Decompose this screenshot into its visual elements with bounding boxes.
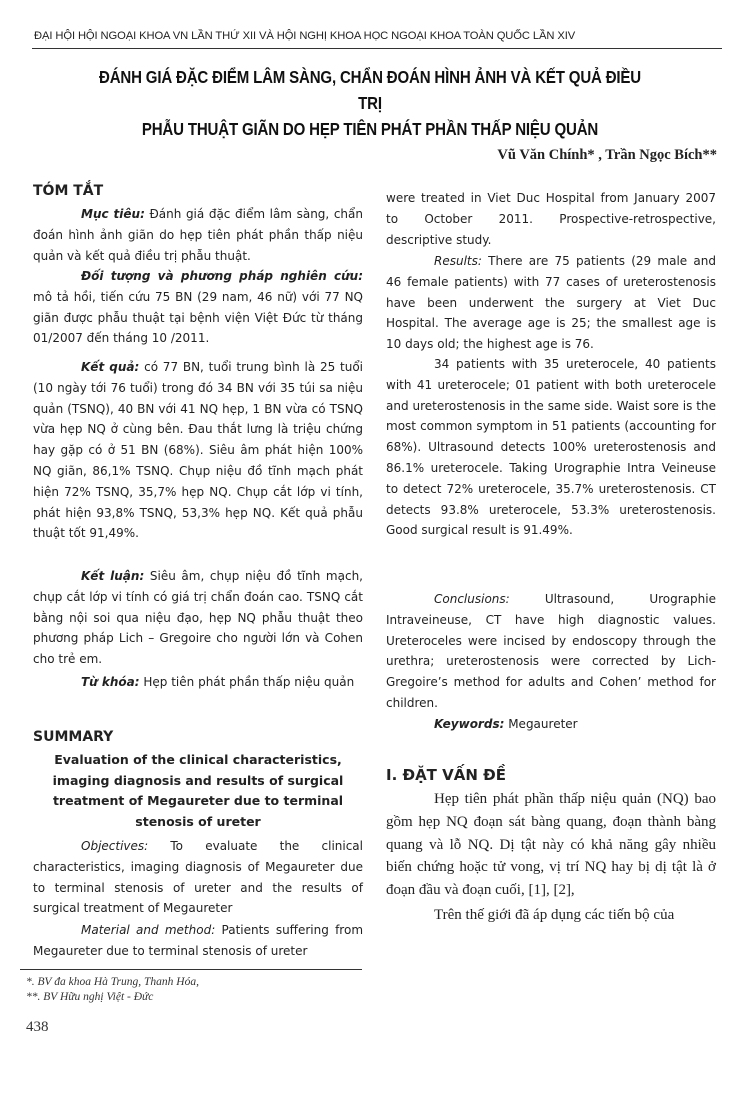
summary-method-continued: were treated in Viet Duc Hospital from J… [386, 188, 716, 250]
keywords-en-text: Megaureter [504, 717, 577, 731]
footnote-rule [20, 969, 362, 970]
abstract-heading: TÓM TẮT [33, 181, 103, 202]
running-head: ĐẠI HỘI HỘI NGOẠI KHOA VN LẦN THỨ XII VÀ… [34, 30, 714, 42]
keywords-label: Từ khóa: [81, 675, 140, 689]
summary-results: Results: There are 75 patients (29 male … [386, 251, 716, 355]
abstract-objective: Mục tiêu: Đánh giá đặc điểm lâm sàng, ch… [33, 204, 363, 266]
paper-title: ĐÁNH GIÁ ĐẶC ĐIỂM LÂM SÀNG, CHẨN ĐOÁN HÌ… [86, 64, 654, 142]
abstract-results: Kết quả: có 77 BN, tuổi trung bình là 25… [33, 357, 363, 544]
page-number: 438 [26, 1019, 49, 1036]
objective-label: Mục tiêu: [81, 207, 145, 221]
summary-heading: SUMMARY [33, 727, 113, 748]
summary-results-2: 34 patients with 35 ureterocele, 40 pati… [386, 354, 716, 541]
results-en-text: There are 75 patients (29 male and 46 fe… [386, 254, 716, 351]
footnote-2: **. BV Hữu nghị Việt - Đức [26, 990, 199, 1005]
conclusion-label: Kết luận: [81, 569, 144, 583]
method-text: mô tả hồi, tiến cứu 75 BN (29 nam, 46 nữ… [33, 290, 363, 346]
results-text: có 77 BN, tuổi trung bình là 25 tuổi (10… [33, 360, 363, 540]
title-line-1: ĐÁNH GIÁ ĐẶC ĐIỂM LÂM SÀNG, CHẨN ĐOÁN HÌ… [86, 64, 654, 116]
keywords-en-label: Keywords: [434, 717, 504, 731]
conclusions-text: Ultrasound, Urographie Intraveineuse, CT… [386, 592, 716, 710]
method-en-label: Material and method: [81, 923, 215, 937]
keywords-text: Hẹp tiên phát phần thấp niệu quản [140, 675, 355, 689]
section-1-para-1: Hẹp tiên phát phần thấp niệu quản (NQ) b… [386, 788, 716, 902]
abstract-keywords: Từ khóa: Hẹp tiên phát phần thấp niệu qu… [33, 672, 363, 693]
results-label: Kết quả: [81, 360, 139, 374]
footnotes: *. BV đa khoa Hà Trung, Thanh Hóa, **. B… [26, 975, 199, 1005]
summary-conclusions: Conclusions: Ultrasound, Urographie Intr… [386, 589, 716, 714]
paper-page: ĐẠI HỘI HỘI NGOẠI KHOA VN LẦN THỨ XII VÀ… [0, 0, 739, 1109]
section-1-heading: I. ĐẶT VẤN ĐỀ [386, 765, 506, 786]
objectives-label: Objectives: [81, 839, 148, 853]
abstract-conclusion: Kết luận: Siêu âm, chụp niệu đồ tĩnh mạc… [33, 566, 363, 670]
method-label: Đối tượng và phương pháp nghiên cứu: [81, 269, 363, 283]
footnote-1: *. BV đa khoa Hà Trung, Thanh Hóa, [26, 975, 199, 990]
section-1-para-2: Trên thế giới đã áp dụng các tiến bộ của [386, 904, 716, 927]
summary-method: Material and method: Patients suffering … [33, 920, 363, 962]
summary-keywords: Keywords: Megaureter [386, 714, 716, 735]
header-rule [32, 48, 722, 49]
conclusion-text: Siêu âm, chụp niệu đồ tĩnh mạch, chụp cắ… [33, 569, 363, 666]
summary-objectives: Objectives: To evaluate the clinical cha… [33, 836, 363, 919]
authors: Vũ Văn Chính* , Trần Ngọc Bích** [497, 147, 717, 164]
abstract-method: Đối tượng và phương pháp nghiên cứu: mô … [33, 266, 363, 349]
title-line-2: PHẪU THUẬT GIÃN DO HẸP TIÊN PHÁT PHẦN TH… [86, 116, 654, 142]
conclusions-label: Conclusions: [434, 592, 510, 606]
results-en-label: Results: [434, 254, 482, 268]
summary-title: Evaluation of the clinical characteristi… [33, 750, 363, 832]
